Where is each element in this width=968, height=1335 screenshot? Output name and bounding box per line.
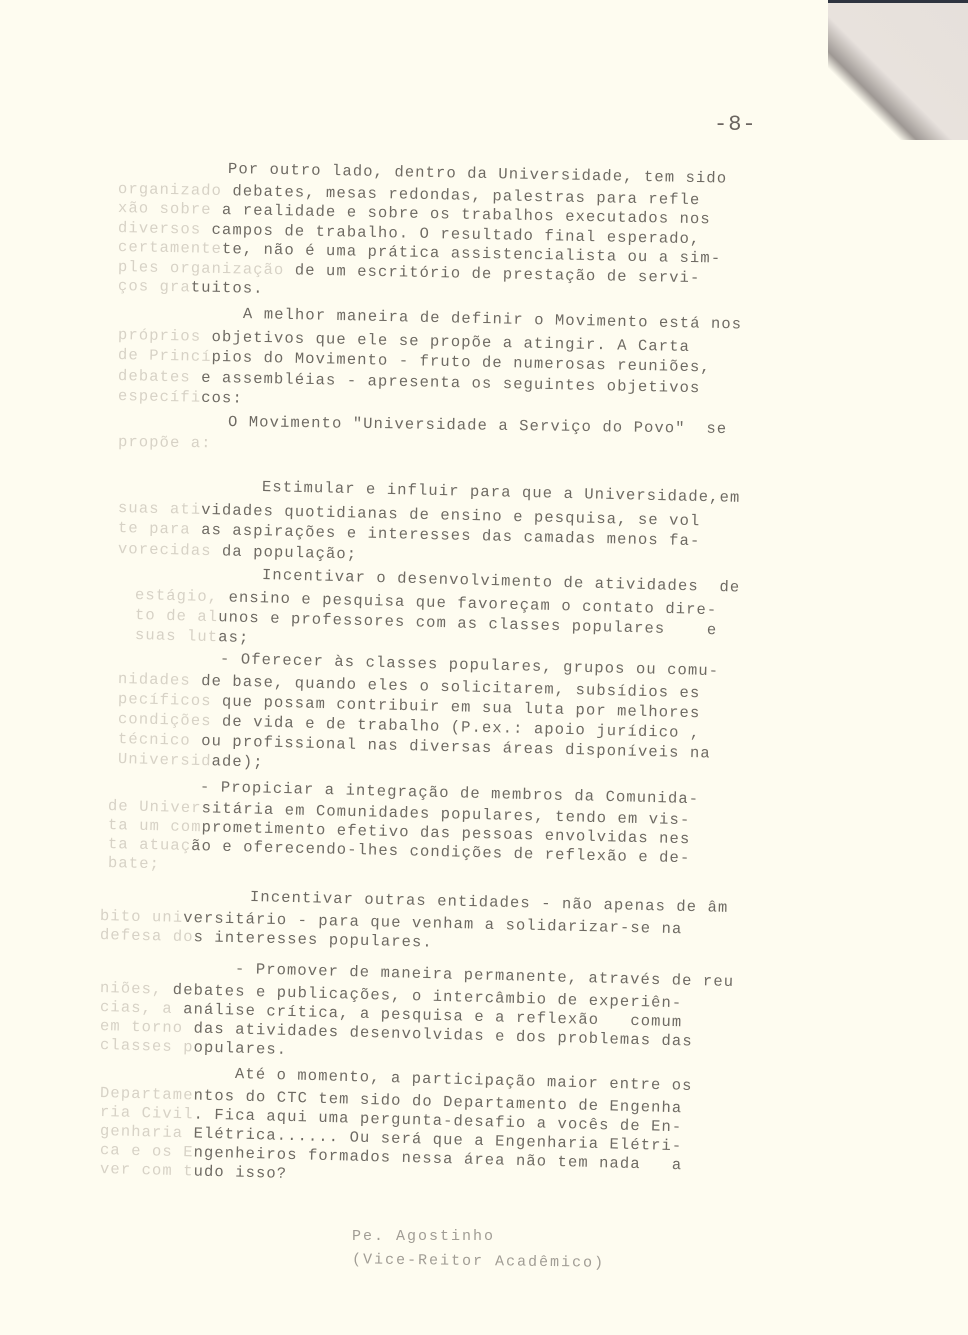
typed-text: Estimular e influir para que a Universid… <box>262 478 741 507</box>
faded-text: classes p <box>100 1036 194 1056</box>
text-line: ços gratuitos. <box>118 277 264 298</box>
text-line: Universidade); <box>118 750 264 772</box>
faded-text: organizado <box>118 180 233 200</box>
faded-text: de Univer <box>108 797 202 817</box>
text-line: propõe a: <box>118 433 212 452</box>
faded-text: próprios <box>118 326 212 346</box>
faded-text: Departame <box>100 1084 194 1104</box>
faded-text: em torno <box>100 1017 194 1037</box>
faded-text: propõe a: <box>118 433 212 452</box>
text-line: A melhor maneira de definir o Movimento … <box>243 305 743 333</box>
faded-text: ver com t <box>100 1160 194 1180</box>
faded-text: genharia <box>100 1122 194 1142</box>
faded-text: ta um com <box>108 816 202 836</box>
faded-text: Universid <box>118 750 212 770</box>
typed-text: O Movimento "Universidade a Serviço do P… <box>228 413 727 438</box>
text-line: classes populares. <box>100 1036 288 1059</box>
typed-text: cos: <box>201 389 243 408</box>
faded-text: suas ati <box>118 499 202 519</box>
typed-text: tuitos. <box>191 278 264 297</box>
text-line: bate; <box>108 854 160 873</box>
signature-title: (Vice-Reitor Acadêmico) <box>352 1251 605 1272</box>
faded-text: niões, <box>100 979 173 999</box>
typed-text: A melhor maneira de definir o Movimento … <box>243 305 743 333</box>
faded-text: vorecidas <box>118 540 222 560</box>
faded-text: ços gra <box>118 277 191 296</box>
text-line: ver com tudo isso? <box>100 1160 288 1183</box>
faded-text: suas lut <box>135 626 219 646</box>
typed-text: udo isso? <box>193 1162 287 1182</box>
faded-text: bito uni <box>100 907 184 927</box>
text-line: O Movimento "Universidade a Serviço do P… <box>228 413 727 438</box>
faded-text: ca e os E <box>100 1141 194 1161</box>
faded-text: xão sobre <box>118 199 222 219</box>
text-line: específicos: <box>118 387 243 408</box>
typed-text: as; <box>218 628 250 647</box>
typed-text: opulares. <box>193 1038 287 1058</box>
faded-text: técnico <box>118 730 202 750</box>
faded-text: pecíficos <box>118 690 222 711</box>
faded-text: ria Civil <box>100 1103 194 1123</box>
faded-text: defesa do <box>100 926 194 946</box>
faded-text: de Princí <box>118 346 212 366</box>
typed-text: ade); <box>211 752 263 771</box>
page-number: -8- <box>714 112 757 137</box>
faded-text: cias, a <box>100 998 184 1018</box>
faded-text: debates <box>118 367 202 387</box>
typed-text: da população; <box>222 542 358 563</box>
faded-text: estágio, <box>135 586 229 606</box>
faded-text: específi <box>118 387 202 407</box>
faded-text: ta atuaç <box>108 835 192 855</box>
text-line: suas lutas; <box>135 626 250 647</box>
text-line: Estimular e influir para que a Universid… <box>262 478 741 507</box>
faded-text: certamente <box>118 238 222 258</box>
faded-text: to de al <box>135 606 219 626</box>
faded-text: diversos <box>118 219 212 239</box>
faded-text: bate; <box>108 854 160 873</box>
signature-name: Pe. Agostinho <box>352 1228 495 1245</box>
folded-corner <box>828 0 968 140</box>
faded-text: condições <box>118 710 222 731</box>
faded-text: ples organização <box>118 258 285 279</box>
faded-text: nidades <box>118 670 202 690</box>
text-line: vorecidas da população; <box>118 540 358 563</box>
faded-text: te para <box>118 519 202 539</box>
